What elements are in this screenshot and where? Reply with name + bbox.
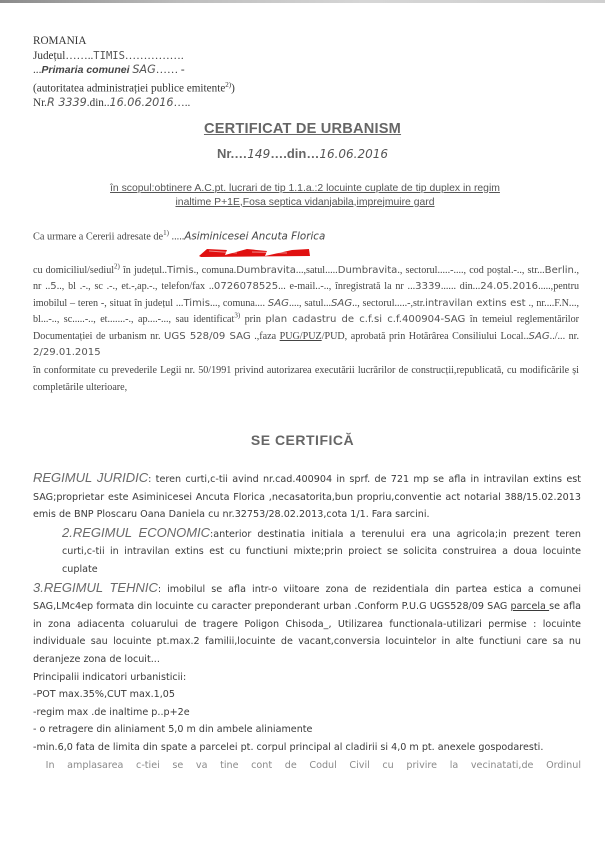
applicant-line: Ca urmare a Cererii adresate de1) .....A… (33, 229, 325, 242)
indicator-item: -POT max.35%,CUT max.1,05 (33, 686, 581, 704)
county-value: TIMIS (93, 50, 125, 62)
authority-name: Primaria comunei (41, 64, 129, 76)
law-reference: în conformitate cu prevederile Legii nr.… (33, 363, 579, 396)
technical-regime: 3.REGIMUL TEHNIC: imobilul se afla intr-… (33, 579, 581, 669)
certificate-scope: în scopul:obtinere A.C.pt. lucrari de ti… (40, 182, 570, 209)
county-line: Județul……..TIMIS……………. (33, 49, 235, 64)
registration-number: R 3339 (47, 96, 87, 109)
certifies-heading: SE CERTIFICĂ (0, 432, 605, 448)
certificate-number: 149 (247, 147, 270, 161)
indicators-list: -POT max.35%,CUT max.1,05 -regim max .de… (33, 686, 581, 756)
regimes-section: REGIMUL JURIDIC: teren curti,c-tii avind… (33, 469, 581, 774)
country: ROMANIA (33, 34, 235, 49)
authority-note: (autoritatea administrației publice emit… (33, 78, 235, 96)
registration-date: 16.06.2016 (109, 96, 173, 109)
issuer-header: ROMANIA Județul……..TIMIS……………. ...Primar… (33, 34, 235, 111)
document-title: CERTIFICAT DE URBANISM (0, 121, 605, 137)
indicator-item: - o retragere din aliniament 5,0 m din a… (33, 721, 581, 739)
certificate-number-line: Nr.…149….din…16.06.2016 (0, 146, 605, 161)
legal-regime: REGIMUL JURIDIC: teren curti,c-tii avind… (33, 469, 581, 524)
economic-regime: 2.REGIMUL ECONOMIC:anterior destinatia i… (33, 524, 581, 579)
indicator-item: -min.6,0 fata de limita din spate a parc… (33, 739, 581, 757)
indicator-item: -regim max .de inaltime p..p+2e (33, 704, 581, 722)
scan-edge (0, 0, 605, 3)
certificate-date: 16.06.2016 (319, 147, 388, 161)
applicant-name: Asiminicesei Ancuta Florica (184, 230, 325, 242)
indicators-heading: Principalii indicatori urbanisticii: (33, 669, 581, 687)
authority-line: ...Primaria comunei SAG…… - (33, 63, 235, 78)
redaction-mark (197, 247, 312, 258)
registration-line: Nr.R 3339.din..16.06.2016….. (33, 96, 235, 111)
siting-note: In amplasarea c-tiei se va tine cont de … (33, 757, 581, 775)
authority-handwritten: SAG (132, 63, 155, 76)
request-details: cu domiciliul/sediul2) în județul..Timis… (33, 263, 579, 396)
phone-number: 0726078525 (214, 281, 278, 292)
